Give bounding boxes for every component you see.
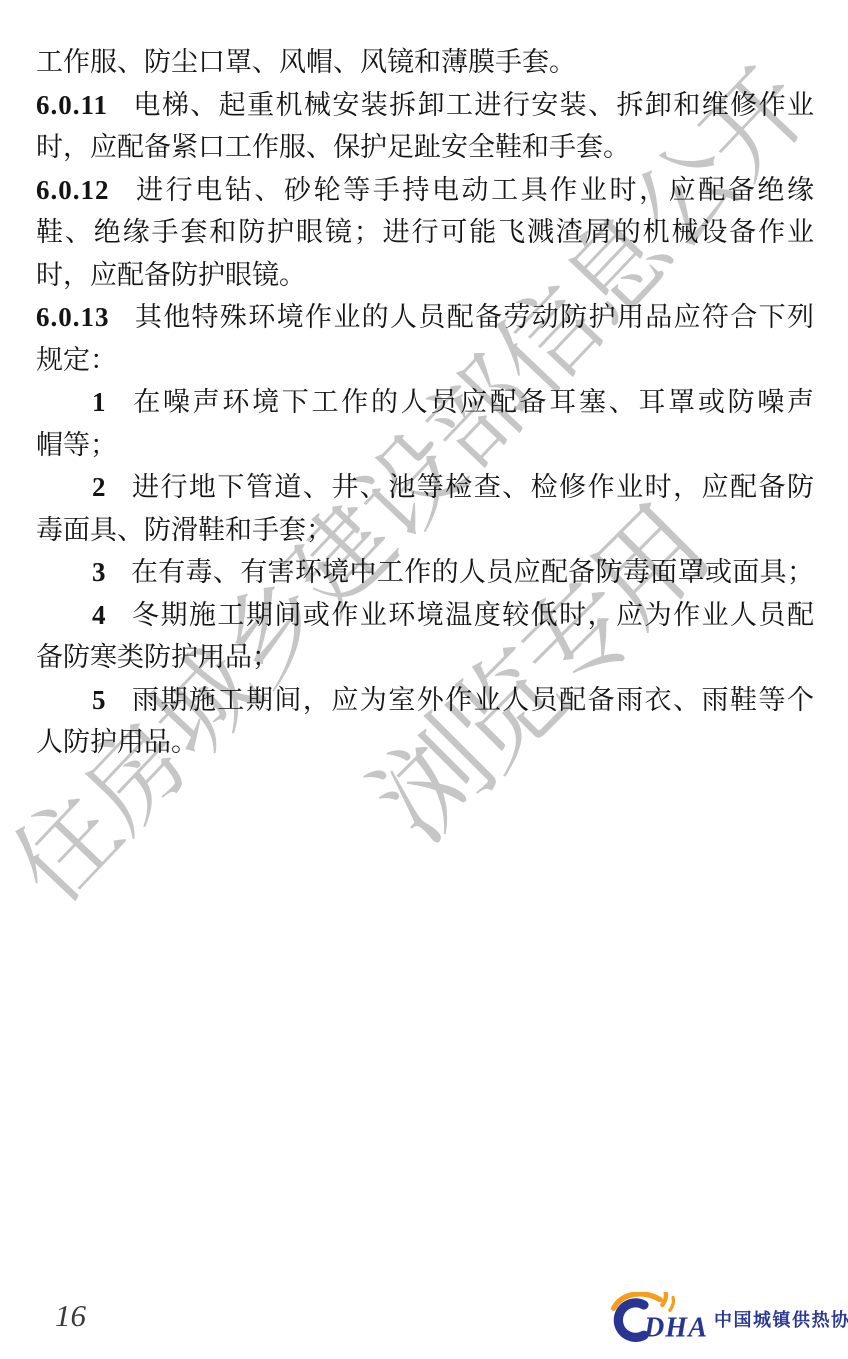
text-line: 备防寒类防护用品；: [36, 636, 814, 679]
logo-acronym: DHA: [643, 1312, 708, 1343]
line-text: 时，应配备防护眼镜。: [36, 260, 306, 290]
line-text: 在噪声环境下工作的人员应配备耳塞、耳罩或防噪声: [131, 387, 815, 417]
text-line: 人防护用品。: [36, 721, 814, 764]
text-line: 6.0.13其他特殊环境作业的人员配备劳动防护用品应符合下列: [36, 296, 814, 339]
line-text: 帽等；: [36, 430, 117, 460]
list-number: 5: [92, 685, 107, 715]
text-line: 6.0.11电梯、起重机械安装拆卸工进行安装、拆卸和维修作业: [36, 84, 814, 127]
line-text: 雨期施工期间，应为室外作业人员配备雨衣、雨鞋等个: [131, 685, 815, 715]
text-line: 5雨期施工期间，应为室外作业人员配备雨衣、雨鞋等个: [36, 679, 814, 722]
line-text: 备防寒类防护用品；: [36, 642, 279, 672]
text-line: 6.0.12进行电钻、砂轮等手持电动工具作业时，应配备绝缘: [36, 169, 814, 212]
text-line: 时，应配备防护眼镜。: [36, 254, 814, 297]
text-line: 4冬期施工期间或作业环境温度较低时，应为作业人员配: [36, 594, 814, 637]
text-line: 3在有毒、有害环境中工作的人员应配备防毒面罩或面具；: [36, 551, 814, 594]
document-page: 住房城乡建设部信息公开 浏览专用 工作服、防尘口罩、风帽、风镜和薄膜手套。 6.…: [0, 0, 848, 1359]
list-number: 1: [92, 387, 107, 417]
line-text: 时，应配备紧口工作服、保护足趾安全鞋和手套。: [36, 132, 630, 162]
line-text: 鞋、绝缘手套和防护眼镜；进行可能飞溅渣屑的机械设备作业: [36, 217, 814, 247]
line-text: 规定：: [36, 345, 117, 375]
list-number: 3: [92, 557, 107, 587]
line-text: 工作服、防尘口罩、风帽、风镜和薄膜手套。: [36, 47, 576, 77]
text-line: 鞋、绝缘手套和防护眼镜；进行可能飞溅渣屑的机械设备作业: [36, 211, 814, 254]
association-logo: DHA 中国城镇供热协会: [608, 1292, 848, 1346]
line-text: 其他特殊环境作业的人员配备劳动防护用品应符合下列: [134, 302, 815, 332]
line-text: 进行地下管道、井、池等检查、检修作业时，应配备防: [131, 472, 815, 502]
text-line: 帽等；: [36, 424, 814, 467]
clause-number: 6.0.11: [36, 90, 108, 120]
cdha-logo-icon: DHA: [608, 1292, 708, 1346]
line-text: 人防护用品。: [36, 727, 198, 757]
logo-org-name: 中国城镇供热协会: [714, 1306, 848, 1332]
line-text: 电梯、起重机械安装拆卸工进行安装、拆卸和维修作业: [132, 90, 814, 120]
page-number: 16: [55, 1298, 86, 1334]
text-line: 规定：: [36, 339, 814, 382]
text-line: 时，应配备紧口工作服、保护足趾安全鞋和手套。: [36, 126, 814, 169]
logo-c-arc: [618, 1303, 644, 1338]
logo-swoosh-tiny: [670, 1297, 674, 1310]
line-text: 毒面具、防滑鞋和手套；: [36, 515, 333, 545]
text-line: 工作服、防尘口罩、风帽、风镜和薄膜手套。: [36, 41, 814, 84]
line-text: 进行电钻、砂轮等手持电动工具作业时，应配备绝缘: [134, 175, 815, 205]
document-body: 工作服、防尘口罩、风帽、风镜和薄膜手套。 6.0.11电梯、起重机械安装拆卸工进…: [36, 41, 814, 764]
line-text: 在有毒、有害环境中工作的人员应配备防毒面罩或面具；: [131, 557, 815, 587]
line-text: 冬期施工期间或作业环境温度较低时，应为作业人员配: [131, 600, 815, 630]
text-line: 1在噪声环境下工作的人员应配备耳塞、耳罩或防噪声: [36, 381, 814, 424]
text-line: 毒面具、防滑鞋和手套；: [36, 509, 814, 552]
clause-number: 6.0.12: [36, 175, 110, 205]
logo-swoosh-small: [662, 1292, 666, 1305]
clause-number: 6.0.13: [36, 302, 110, 332]
text-line: 2进行地下管道、井、池等检查、检修作业时，应配备防: [36, 466, 814, 509]
list-number: 2: [92, 472, 107, 502]
list-number: 4: [92, 600, 107, 630]
